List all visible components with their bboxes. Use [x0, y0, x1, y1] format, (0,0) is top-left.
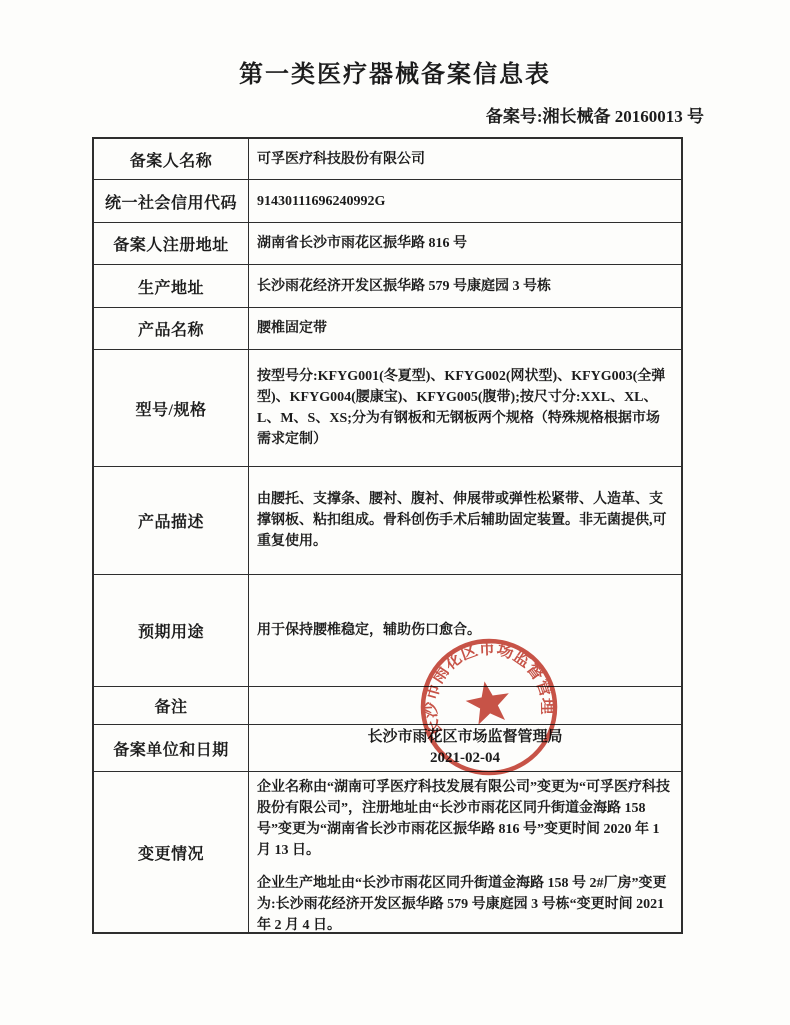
row-value: 用于保持腰椎稳定，辅助伤口愈合。 — [249, 575, 681, 686]
row-value: 腰椎固定带 — [249, 308, 681, 349]
row-value: 按型号分:KFYG001(冬夏型)、KFYG002(网状型)、KFYG003(全… — [249, 350, 681, 466]
document-page: 第一类医疗器械备案信息表 备案号:湘长械备 20160013 号 备案人名称 可… — [0, 0, 790, 89]
row-label: 备注 — [94, 687, 249, 724]
table-row-product-description: 产品描述 由腰托、支撑条、腰衬、腹衬、伸展带或弹性松紧带、人造革、支撑钢板、粘扣… — [94, 467, 681, 575]
row-label: 备案人注册地址 — [94, 223, 249, 264]
row-label: 型号/规格 — [94, 350, 249, 466]
record-number-label: 备案号: — [486, 107, 543, 126]
table-row-change-history: 变更情况 企业名称由“湖南可孚医疗科技发展有限公司”变更为“可孚医疗科技股份有限… — [94, 772, 681, 932]
row-label: 变更情况 — [94, 772, 249, 932]
table-row-filing-authority-date: 备案单位和日期 长沙市雨花区市场监督管理局 2021-02-04 — [94, 725, 681, 772]
table-row-production-address: 生产地址 长沙雨花经济开发区振华路 579 号康庭园 3 号栋 — [94, 265, 681, 308]
row-value: 企业名称由“湖南可孚医疗科技发展有限公司”变更为“可孚医疗科技股份有限公司”，注… — [249, 772, 681, 932]
row-value — [249, 687, 681, 724]
row-value: 可孚医疗科技股份有限公司 — [249, 139, 681, 179]
row-value: 湖南省长沙市雨花区振华路 816 号 — [249, 223, 681, 264]
table-row-intended-use: 预期用途 用于保持腰椎稳定，辅助伤口愈合。 — [94, 575, 681, 687]
row-value: 长沙雨花经济开发区振华路 579 号康庭园 3 号栋 — [249, 265, 681, 307]
table-row-remarks: 备注 — [94, 687, 681, 725]
row-label: 预期用途 — [94, 575, 249, 686]
record-number-value: 湘长械备 20160013 号 — [543, 107, 705, 126]
table-row-credit-code: 统一社会信用代码 91430111696240992G — [94, 180, 681, 223]
row-value: 91430111696240992G — [249, 180, 681, 222]
table-row-product-name: 产品名称 腰椎固定带 — [94, 308, 681, 350]
row-label: 备案人名称 — [94, 139, 249, 179]
record-number-line: 备案号:湘长械备 20160013 号 — [92, 102, 704, 127]
row-label: 统一社会信用代码 — [94, 180, 249, 222]
page-title: 第一类医疗器械备案信息表 — [0, 0, 790, 89]
row-value: 长沙市雨花区市场监督管理局 2021-02-04 — [249, 725, 681, 771]
change-paragraph-1: 企业名称由“湖南可孚医疗科技发展有限公司”变更为“可孚医疗科技股份有限公司”，注… — [257, 777, 673, 861]
row-label: 产品描述 — [94, 467, 249, 574]
filing-date: 2021-02-04 — [430, 748, 500, 769]
table-row-model-spec: 型号/规格 按型号分:KFYG001(冬夏型)、KFYG002(网状型)、KFY… — [94, 350, 681, 467]
row-label: 生产地址 — [94, 265, 249, 307]
filing-authority: 长沙市雨花区市场监督管理局 — [367, 727, 562, 748]
registration-table: 备案人名称 可孚医疗科技股份有限公司 统一社会信用代码 914301116962… — [92, 137, 683, 934]
table-row-registered-address: 备案人注册地址 湖南省长沙市雨花区振华路 816 号 — [94, 223, 681, 265]
change-paragraph-2: 企业生产地址由“长沙市雨花区同升街道金海路 158 号 2#厂房”变更为:长沙雨… — [257, 873, 673, 936]
row-value: 由腰托、支撑条、腰衬、腹衬、伸展带或弹性松紧带、人造革、支撑钢板、粘扣组成。骨科… — [249, 467, 681, 574]
row-label: 备案单位和日期 — [94, 725, 249, 771]
table-row-registrant-name: 备案人名称 可孚医疗科技股份有限公司 — [94, 139, 681, 180]
row-label: 产品名称 — [94, 308, 249, 349]
